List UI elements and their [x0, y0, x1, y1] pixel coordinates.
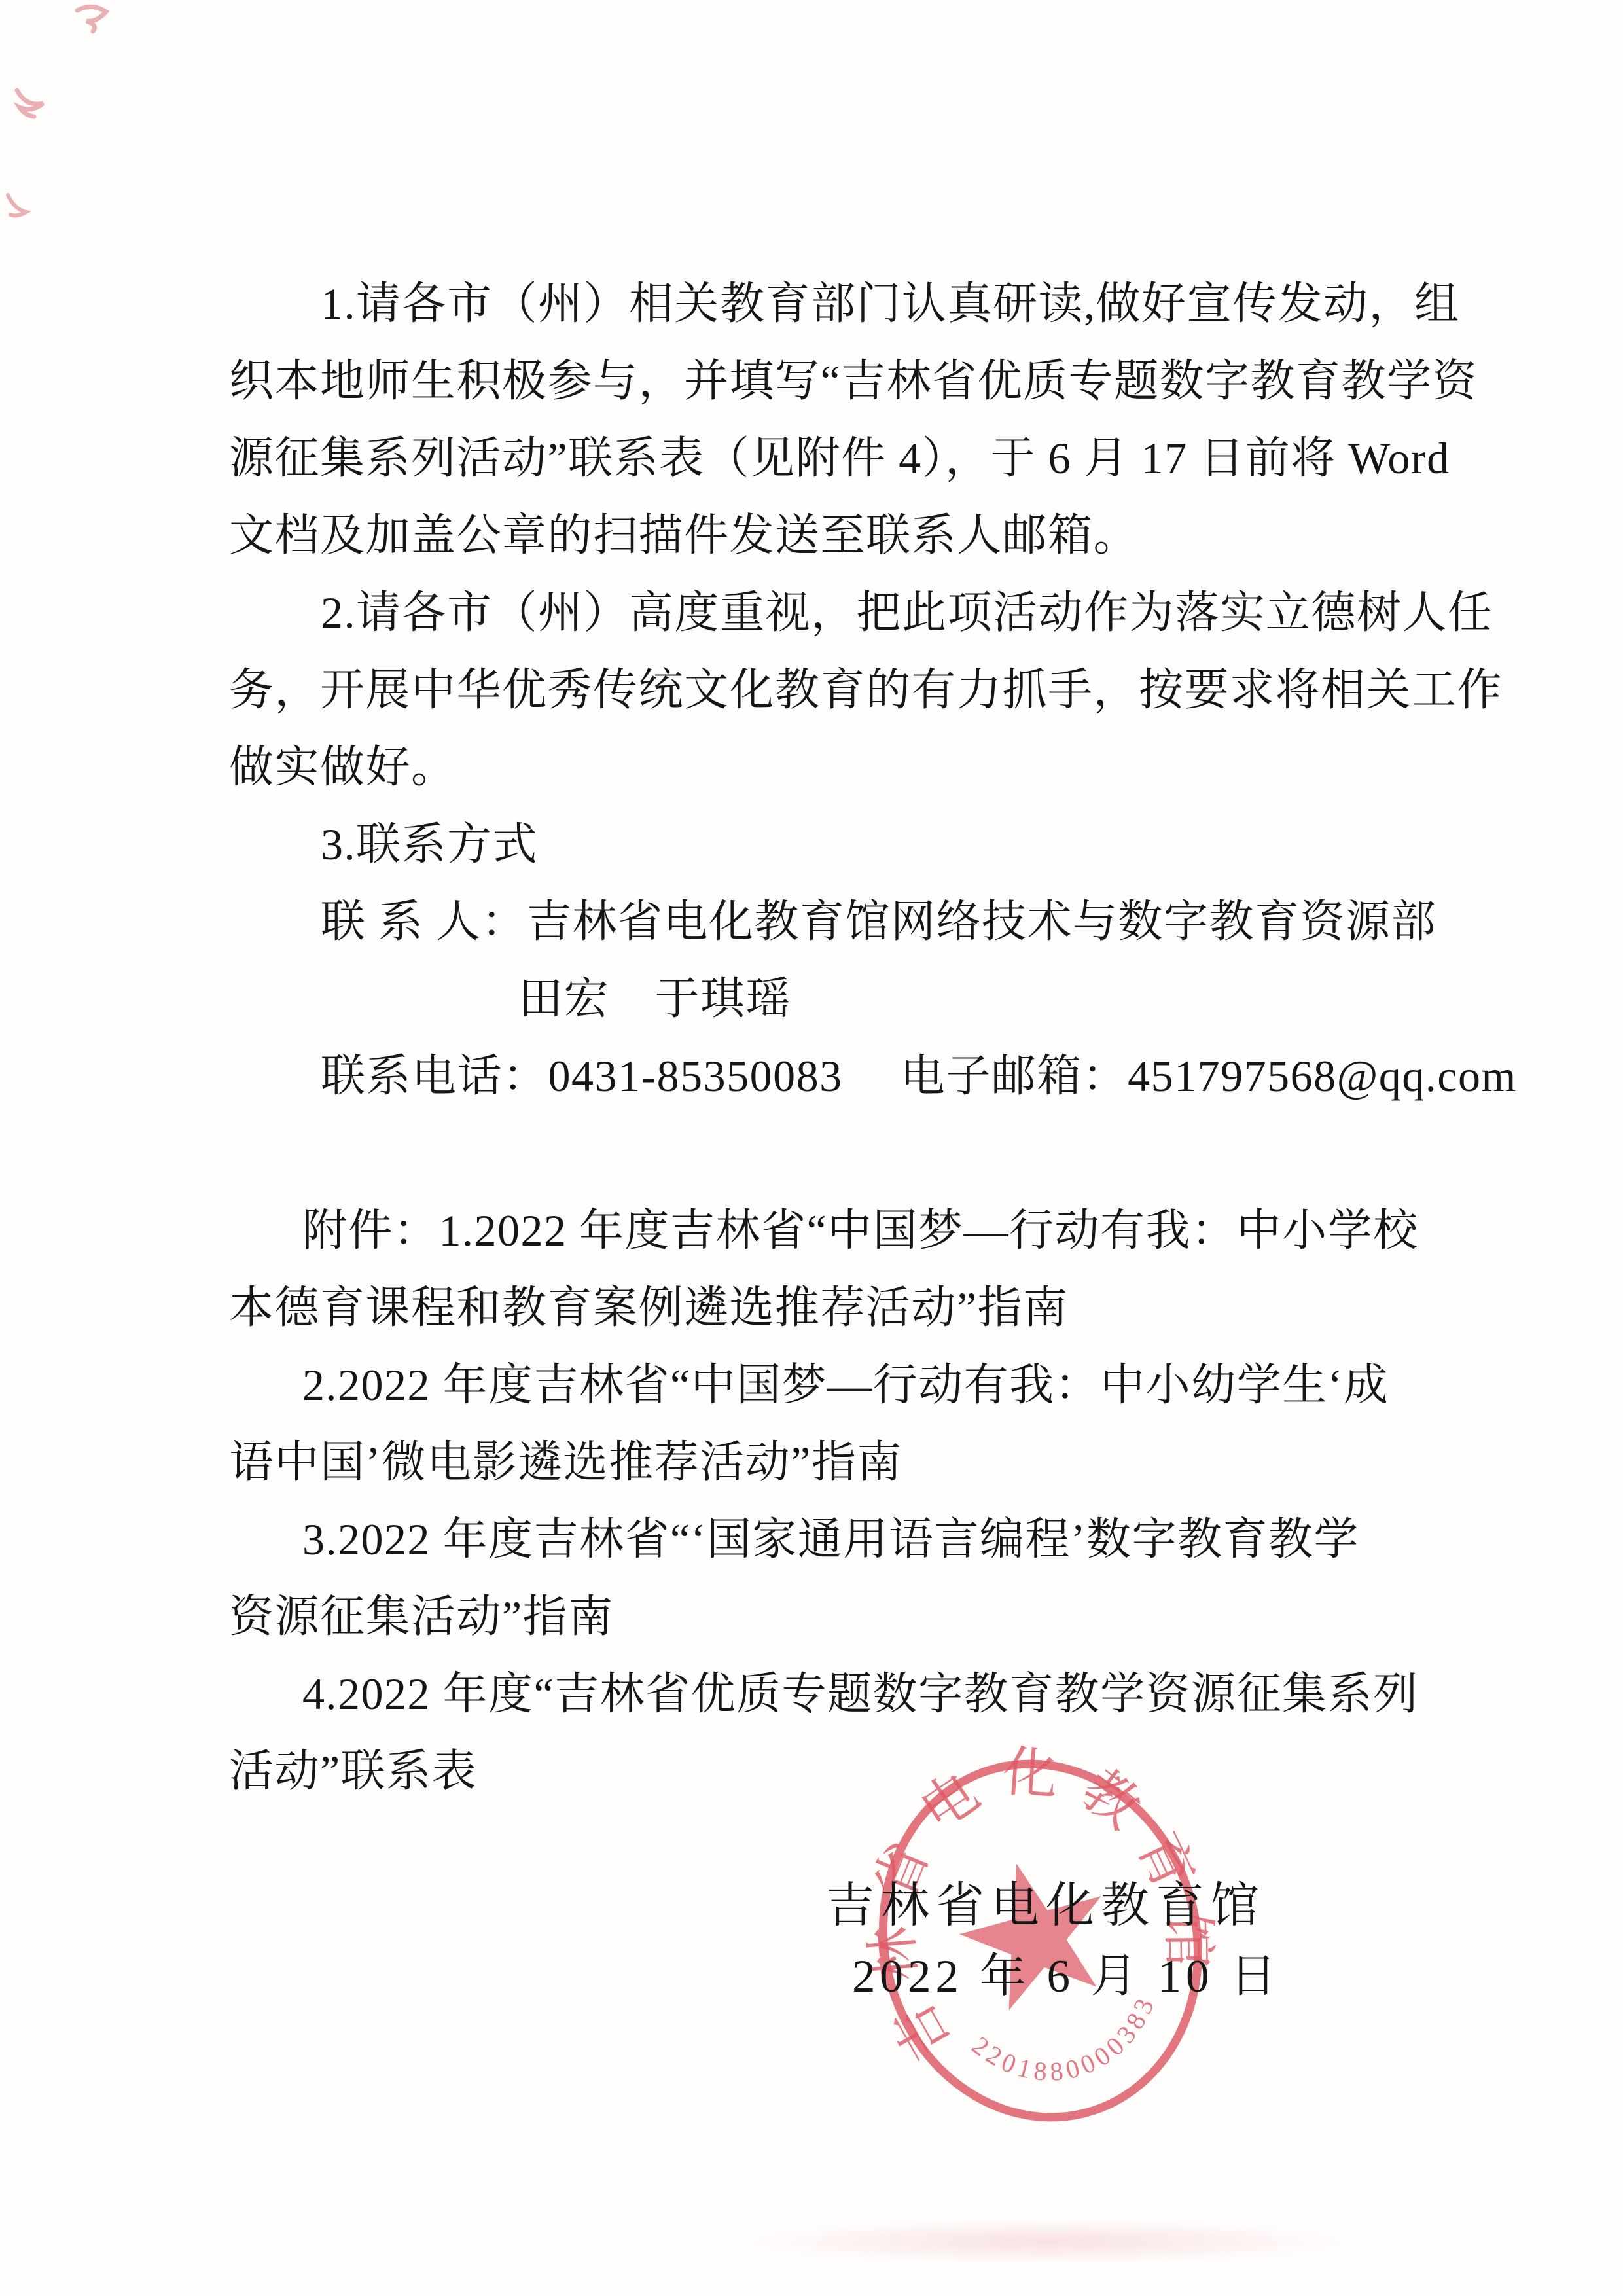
- body-line: 2.请各市（州）高度重视，把此项活动作为落实立德树人任: [229, 574, 1414, 651]
- scan-artifact-mark: [8, 195, 26, 215]
- attachment-line: 3.2022 年度吉林省“‘国家通用语言编程’数字教育教学: [229, 1501, 1414, 1578]
- scan-artifact-marks: [0, 0, 209, 249]
- body-line: 文档及加盖公章的扫描件发送至联系人邮箱。: [229, 497, 1414, 574]
- body-line: 3.联系方式: [229, 806, 1414, 883]
- blank-line: [229, 1115, 1414, 1192]
- attachment-line: 附件：1.2022 年度吉林省“中国梦—行动有我：中小学校: [229, 1192, 1414, 1269]
- contact-phone-email-line: 联系电话：0431-85350083 电子邮箱：451797568@qq.com: [229, 1037, 1414, 1115]
- body-line: 1.请各市（州）相关教育部门认真研读,做好宣传发动，组: [229, 265, 1414, 342]
- attachment-line: 资源征集活动”指南: [229, 1578, 1414, 1655]
- scan-artifact-mark: [17, 90, 43, 117]
- body-line: 务，开展中华优秀传统文化教育的有力抓手，按要求将相关工作: [229, 651, 1414, 728]
- scanned-document-page: 1.请各市（州）相关教育部门认真研读,做好宣传发动，组 织本地师生积极参与，并填…: [0, 0, 1623, 2296]
- attachment-line: 活动”联系表: [229, 1732, 1414, 1810]
- attachment-line: 2.2022 年度吉林省“中国梦—行动有我：中小幼学生‘成: [229, 1346, 1414, 1424]
- body-line: 源征集系列活动”联系表（见附件 4），于 6 月 17 日前将 Word: [229, 420, 1414, 497]
- contact-names-line: 田宏 于琪瑶: [229, 960, 1414, 1037]
- attachment-line: 语中国’微电影遴选推荐活动”指南: [229, 1424, 1414, 1501]
- contact-person-line: 联 系 人：吉林省电化教育馆网络技术与数字教育资源部: [229, 883, 1414, 960]
- scan-bleed-artifact: [733, 2219, 1361, 2265]
- document-body: 1.请各市（州）相关教育部门认真研读,做好宣传发动，组 织本地师生积极参与，并填…: [229, 265, 1414, 1810]
- signature-org: 吉林省电化教育馆: [826, 1867, 1266, 1936]
- body-line: 织本地师生积极参与，并填写“吉林省优质专题数字教育教学资: [229, 342, 1414, 420]
- signature-date: 2022 年 6 月 10 日: [852, 1939, 1281, 2005]
- scan-artifact-mark: [77, 7, 106, 31]
- attachment-line: 4.2022 年度“吉林省优质专题数字教育教学资源征集系列: [229, 1655, 1414, 1732]
- body-line: 做实做好。: [229, 728, 1414, 806]
- attachment-line: 本德育课程和教育案例遴选推荐活动”指南: [229, 1269, 1414, 1346]
